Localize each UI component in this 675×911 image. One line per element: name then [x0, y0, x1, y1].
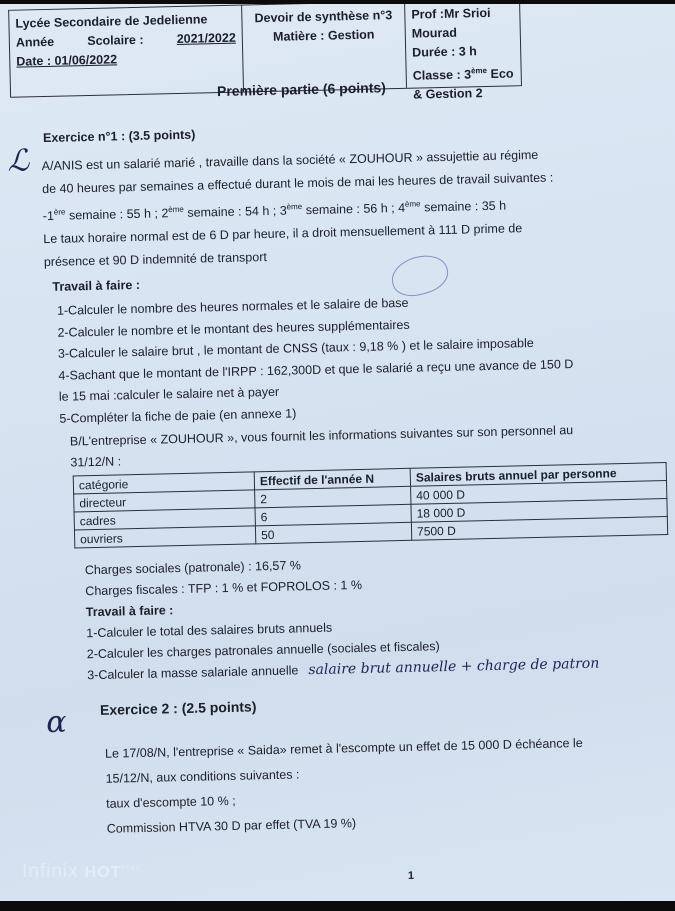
school-info: Lycée Secondaire de Jedelienne Année Sco… — [9, 6, 244, 97]
watermark-model: HOT — [85, 864, 122, 881]
watermark-suffix: PLAY — [121, 866, 140, 872]
exercise1-title: Exercice n°1 : (3.5 points) — [43, 128, 196, 145]
watermark-brand: Infinix — [22, 861, 79, 882]
year-label: Année — [16, 33, 55, 53]
staff-table: catégorieEffectif de l'année NSalaires b… — [73, 462, 669, 548]
tasks-list: 1-Calculer le nombre des heures normales… — [57, 289, 575, 430]
exercise2-title: Exercice 2 : (2.5 points) — [100, 698, 257, 718]
exam-paper: Lycée Secondaire de Jedelienne Année Sco… — [0, 4, 675, 901]
charges-info: Charges sociales (patronale) : 16,57 % C… — [85, 547, 658, 686]
prof-name: Prof :Mr Srioi Mourad — [411, 4, 514, 44]
class-info: Prof :Mr Srioi Mourad Durée : 3 h Classe… — [405, 4, 521, 88]
handwritten-note: salaire brut annuelle + charge de patron — [308, 656, 599, 679]
year-mid: Scolaire : — [87, 31, 144, 51]
exercise2-statement: Le 17/08/N, l'entreprise « Saida» remet … — [105, 729, 675, 842]
year-value: 2021/2022 — [177, 29, 237, 49]
week-hours: 4ème semaine : 35 h — [398, 199, 506, 215]
exam-duration: Durée : 3 h — [412, 41, 514, 62]
week-hours: 2ème semaine : 54 h ; — [161, 204, 280, 221]
week-hours: 3ème semaine : 56 h ; — [280, 201, 399, 218]
week-hours: -1ère semaine : 55 h ; — [43, 207, 162, 224]
camera-watermark: InfinixHOTPLAY — [22, 861, 140, 883]
exam-subject: Matière : Gestion — [249, 25, 399, 47]
exercise1-statement: A/ANIS est un salarié marié , travaille … — [41, 142, 614, 274]
exam-title: Devoir de synthèse n°3 — [248, 6, 398, 28]
table-cell: ouvriers — [74, 526, 255, 548]
exam-date: Date : 01/06/2022 — [16, 48, 236, 72]
tasks-title: Travail à faire : — [52, 278, 140, 294]
handwritten-mark-icon: ℒ — [7, 143, 29, 178]
part-title: Première partie (6 points) — [217, 79, 386, 99]
tasks2-list: 1-Calculer le total des salaires bruts a… — [86, 610, 657, 686]
table-cell: 50 — [255, 522, 411, 544]
handwritten-alpha-icon: α — [46, 705, 67, 740]
page-number: 1 — [408, 870, 414, 882]
exam-class: Classe : 3ème Eco & Gestion 2 — [412, 60, 515, 104]
